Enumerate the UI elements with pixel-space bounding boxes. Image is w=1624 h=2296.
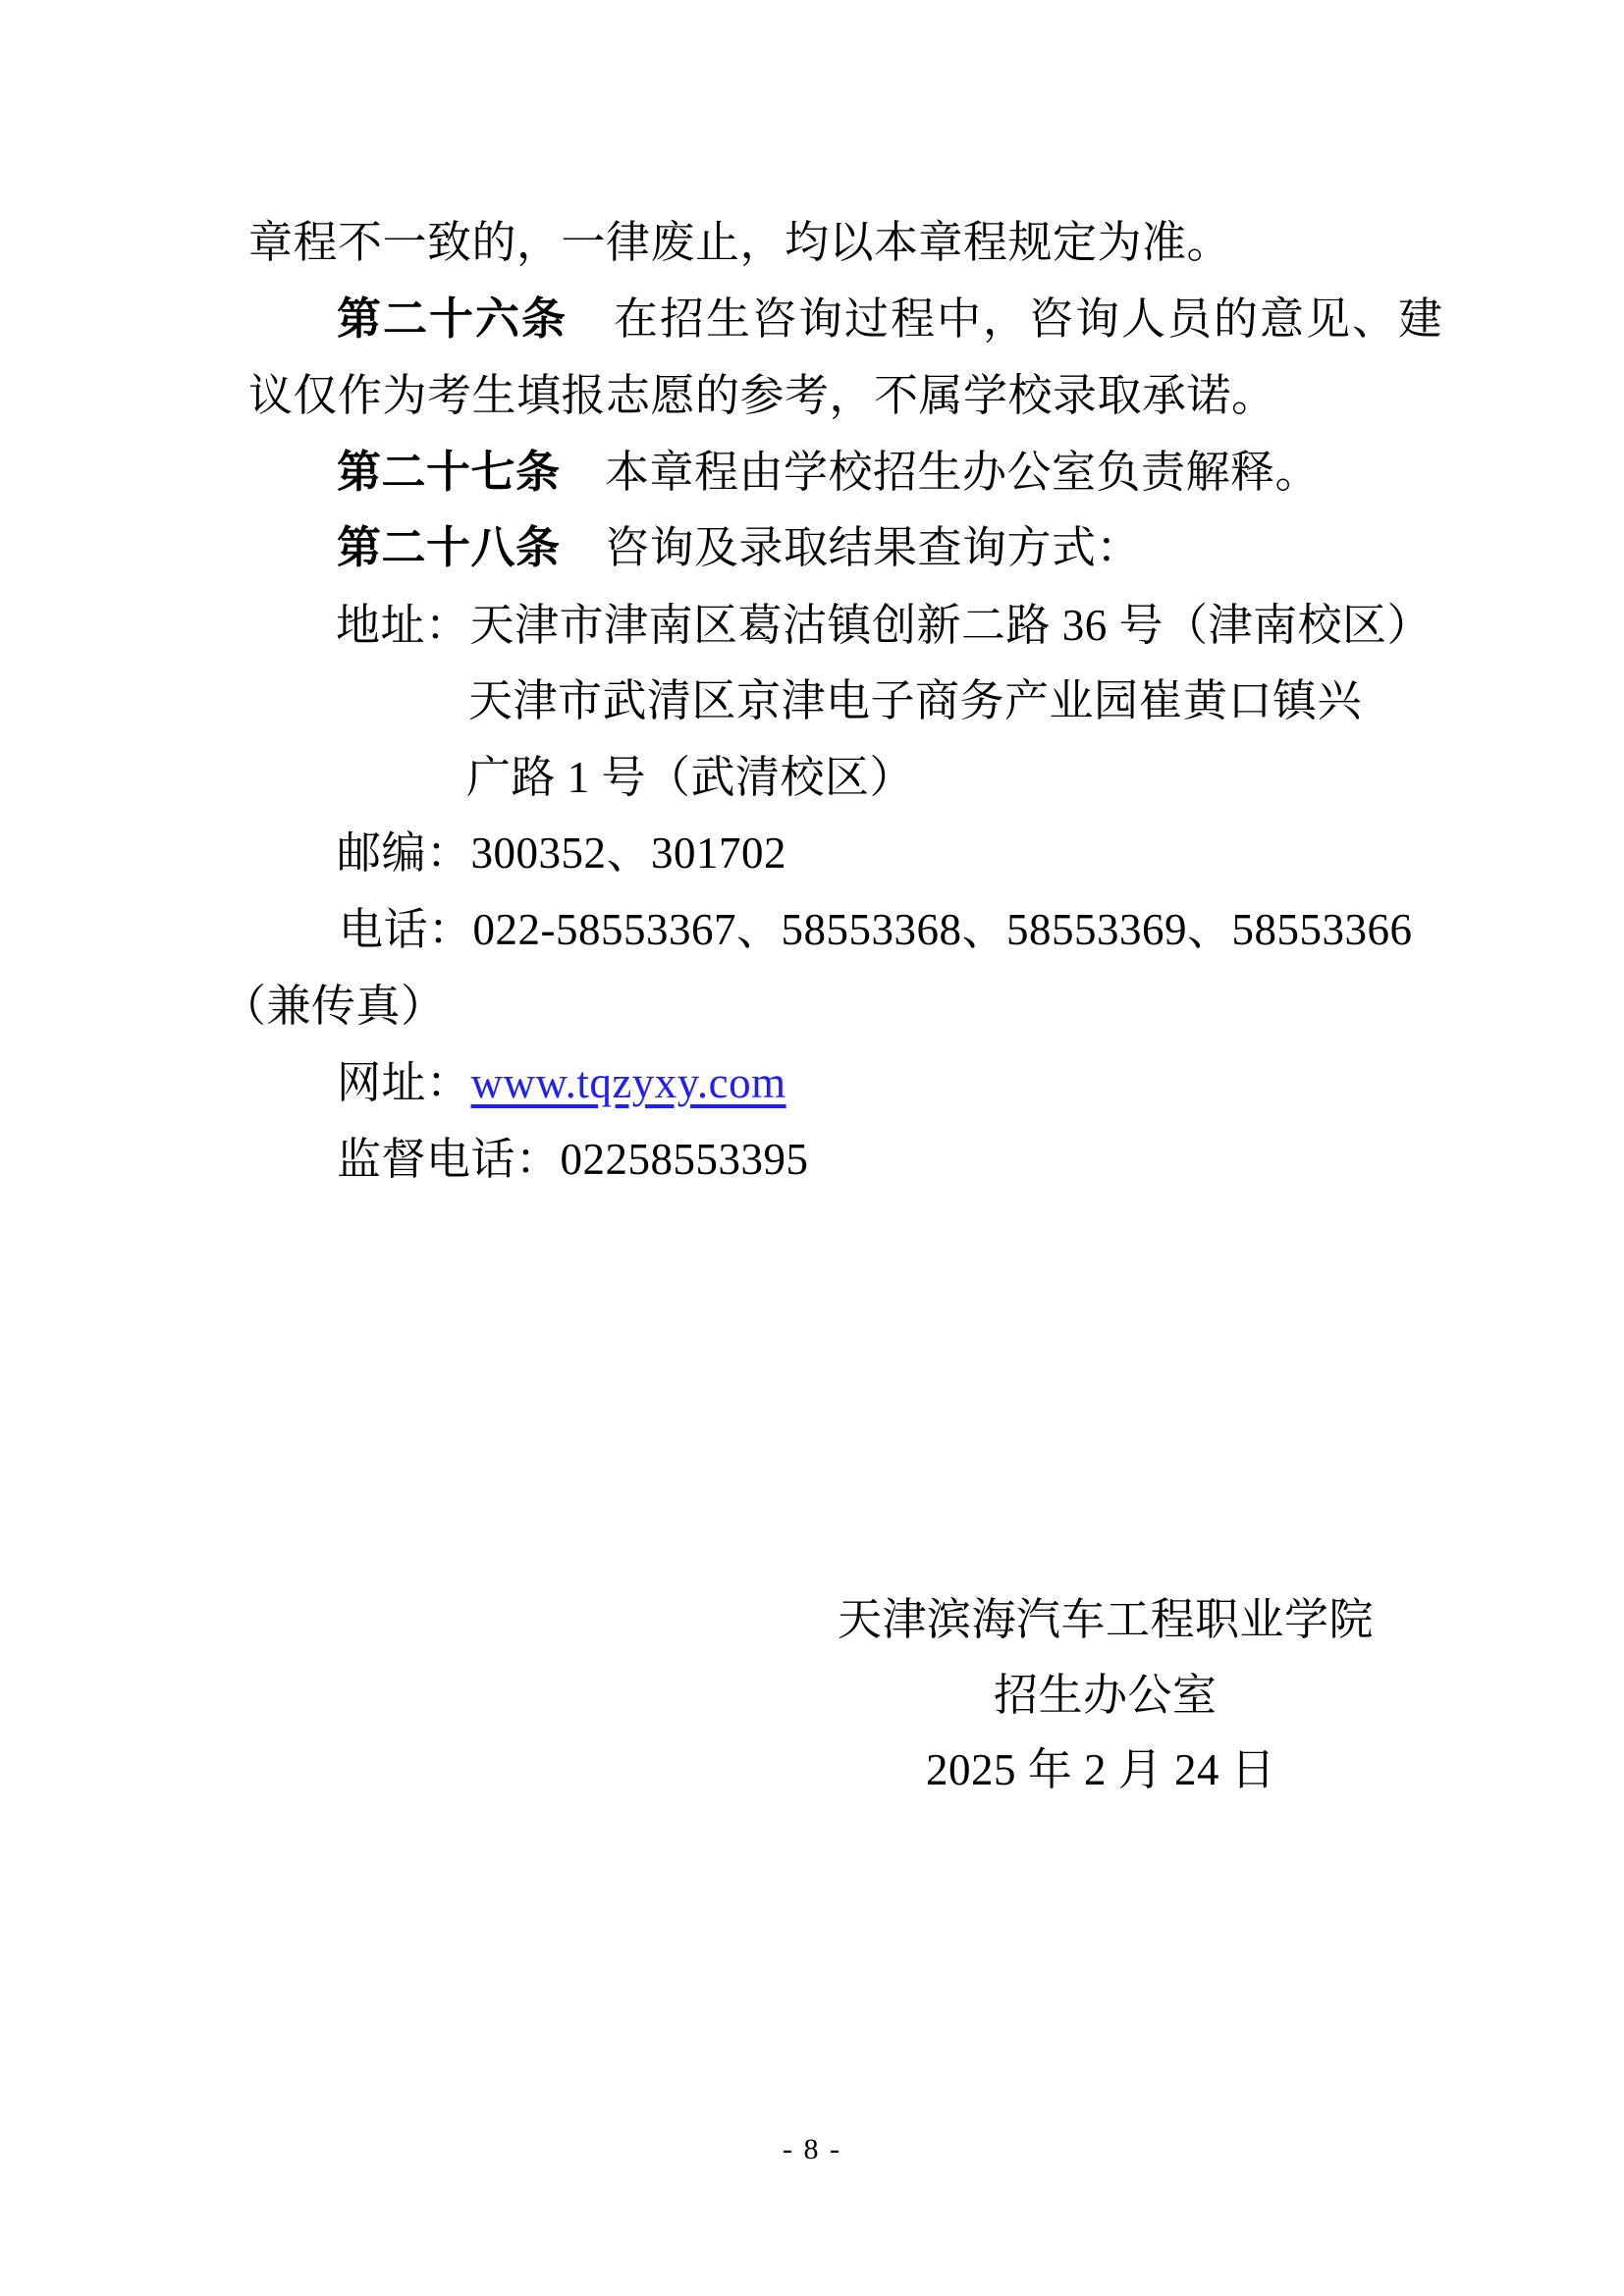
address-line-1: 地址：天津市津南区葛沽镇创新二路 36 号（津南校区） (336, 587, 1432, 664)
article-28-number: 第二十八条 (337, 523, 561, 572)
signature-office-name: 招生办公室 (994, 1657, 1218, 1734)
article-26-line: 第二十六条 在招生咨询过程中，咨询人员的意见、建 (337, 281, 1444, 357)
supervision-phone-line: 监督电话：02258553395 (337, 1121, 809, 1198)
article-28-line: 第二十八条 咨询及录取结果查询方式： (337, 509, 1141, 586)
article-27-text: 本章程由学校招生办公室负责解释。 (561, 448, 1321, 497)
article-28-text: 咨询及录取结果查询方式： (561, 523, 1142, 572)
website-label: 网址： (337, 1058, 471, 1107)
fax-note-line: （兼传真） (222, 968, 446, 1044)
signature-date: 2025 年 2 月 24 日 (926, 1732, 1275, 1808)
address-line-2: 天津市武清区京津电子商务产业园崔黄口镇兴 (468, 663, 1362, 739)
website-line: 网址：www.tqzyxy.com (337, 1044, 786, 1121)
website-link[interactable]: www.tqzyxy.com (471, 1058, 786, 1107)
article-27-line: 第二十七条 本章程由学校招生办公室负责解释。 (337, 434, 1320, 510)
address-line-3: 广路 1 号（武清校区） (466, 739, 914, 816)
article-26-text: 在招生咨询过程中，咨询人员的意见、建 (568, 294, 1444, 344)
article-26-continuation: 议仅作为考生填报志愿的参考，不属学校录取承诺。 (248, 357, 1276, 434)
article-26-number: 第二十六条 (337, 294, 568, 344)
page-number: - 8 - (0, 2130, 1624, 2169)
phone-line: 电话：022-58553367、58553368、58553369、585533… (339, 891, 1413, 968)
article-27-number: 第二十七条 (337, 448, 561, 497)
paragraph-continuation-charter-supersede: 章程不一致的，一律废止，均以本章程规定为准。 (248, 204, 1231, 281)
signature-org-name: 天津滨海汽车工程职业学院 (838, 1581, 1374, 1658)
postcode-line: 邮编：300352、301702 (337, 815, 786, 891)
document-page: 章程不一致的，一律废止，均以本章程规定为准。 第二十六条 在招生咨询过程中，咨询… (0, 0, 1624, 2296)
